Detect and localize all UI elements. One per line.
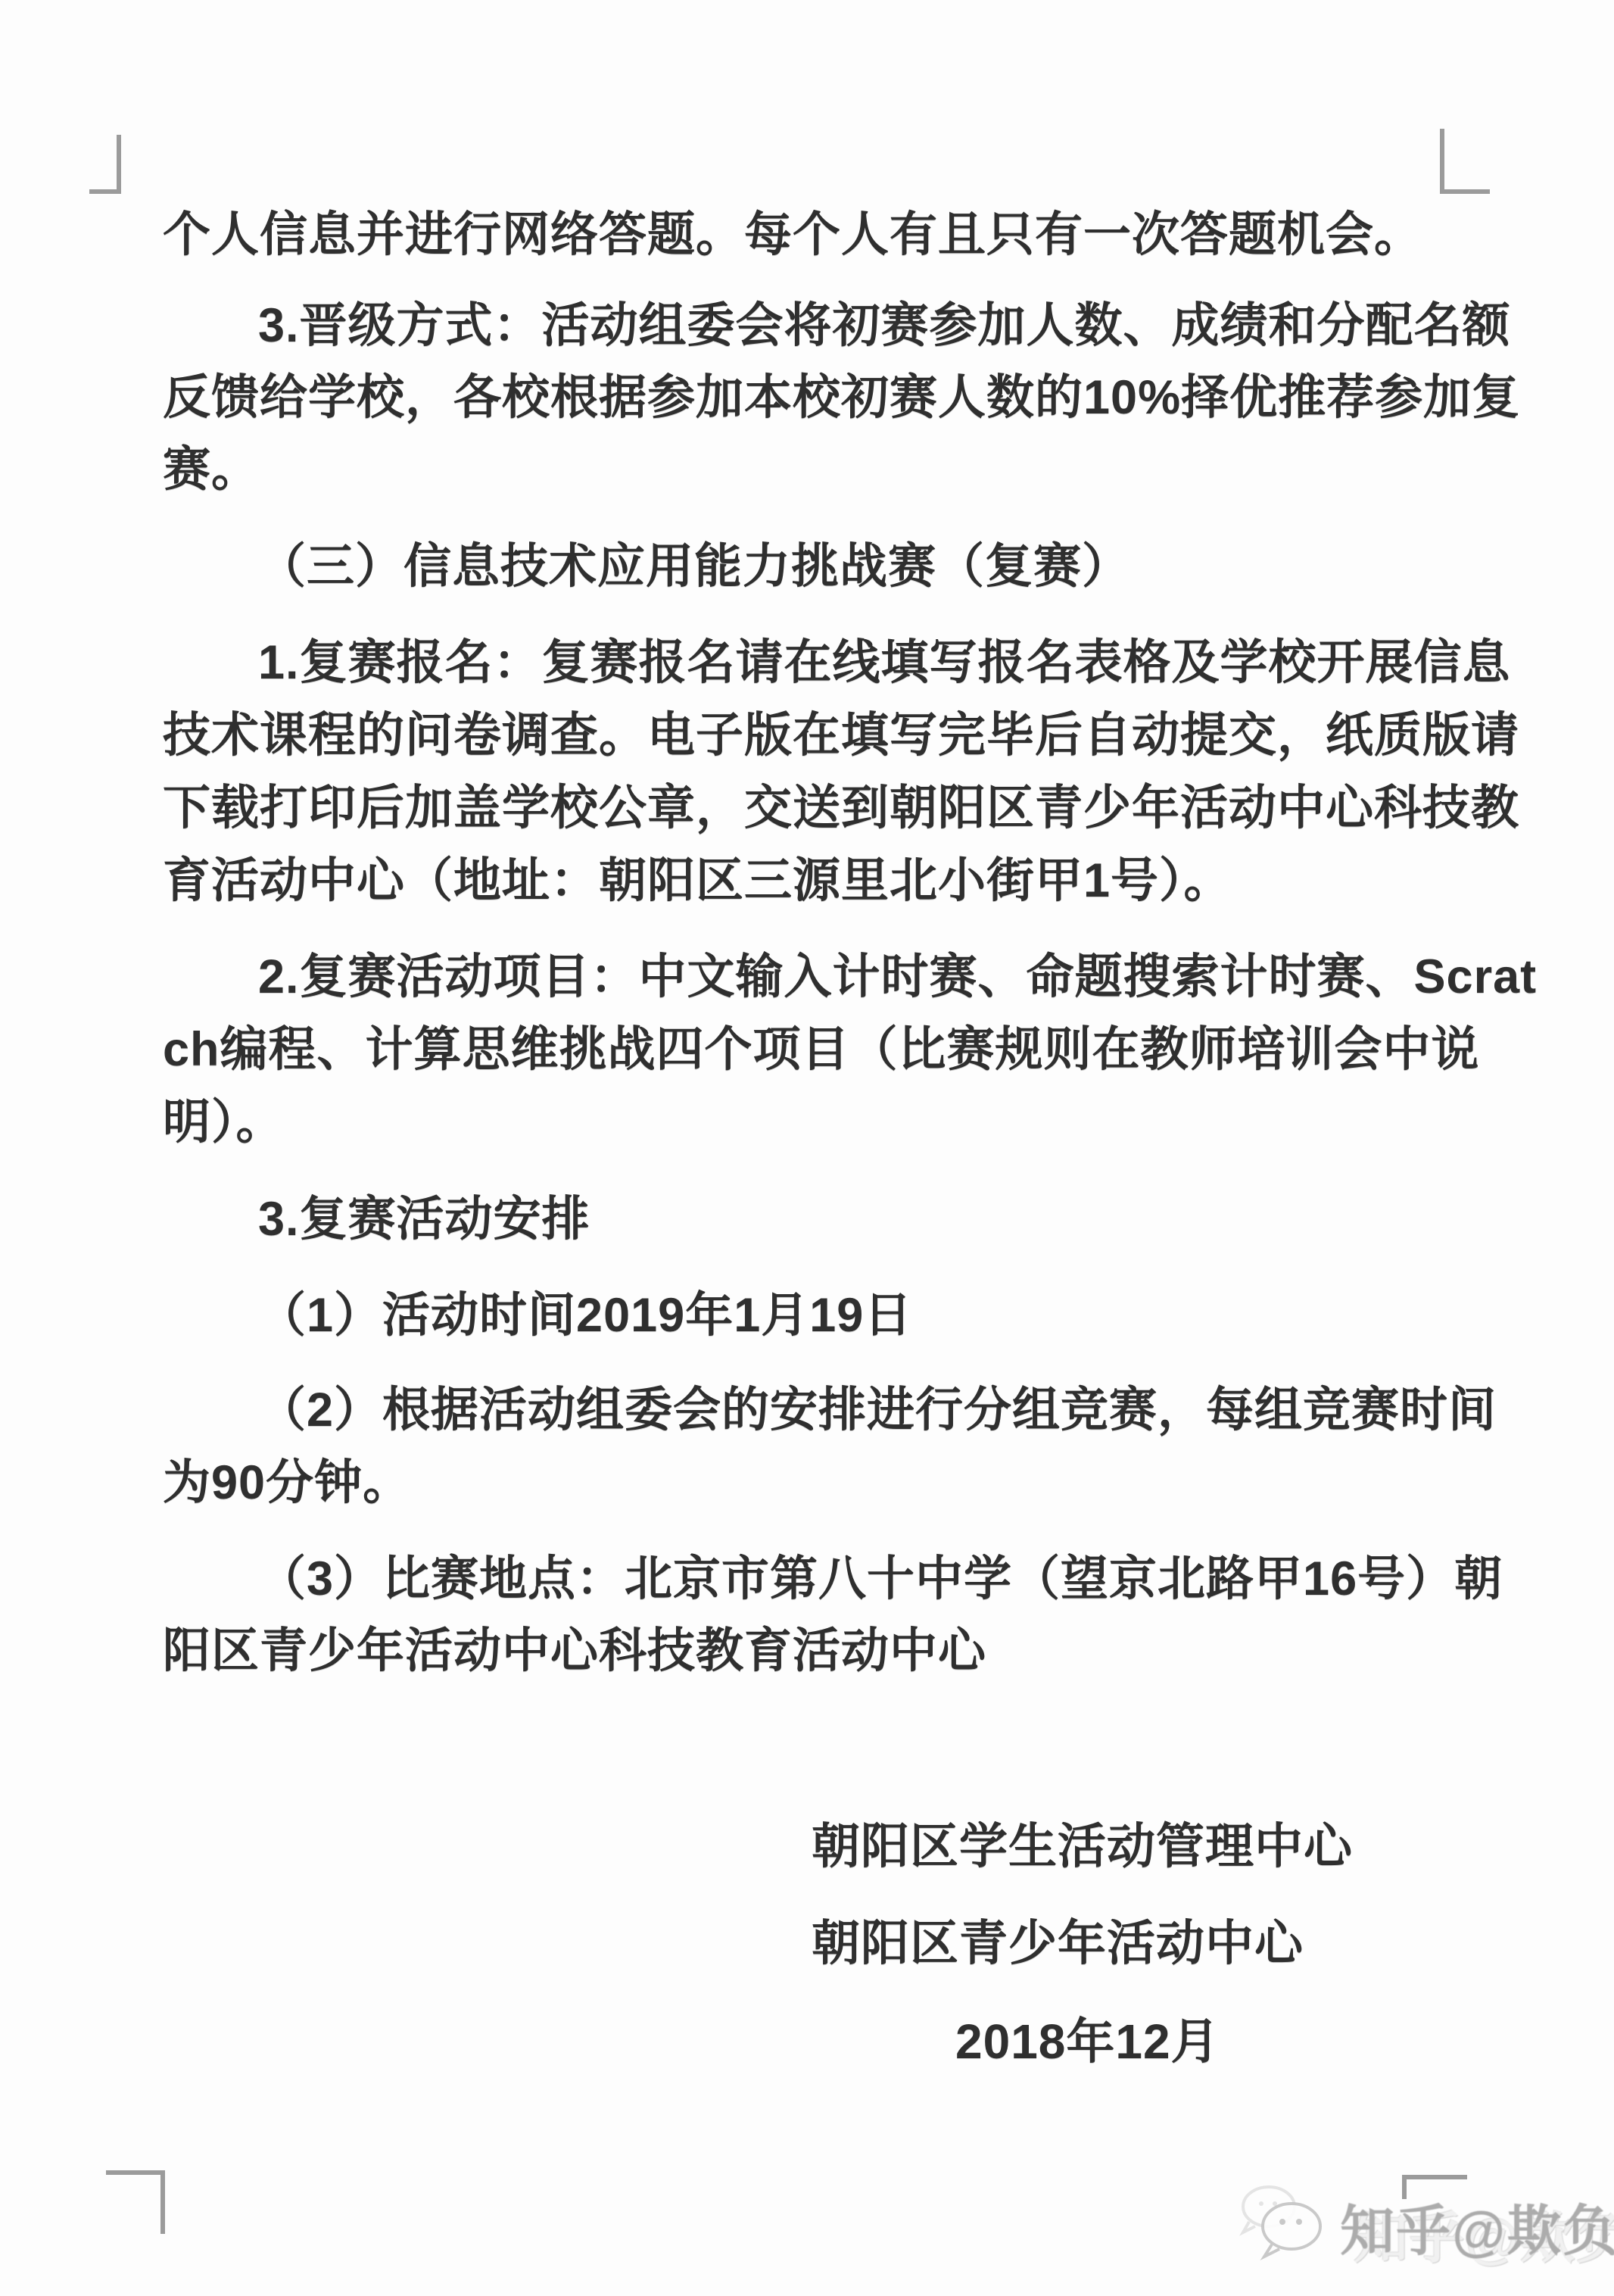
text-line: 3.复赛活动安排 xyxy=(258,1183,590,1256)
text-line: 2.复赛活动项目：中文输入计时赛、命题搜索计时赛、Scrat xyxy=(258,941,1537,1013)
date-line: 2018年12月 xyxy=(955,2004,1220,2079)
text-line: ch编程、计算思维挑战四个项目（比赛规则在教师培训会中说 xyxy=(163,1013,1480,1086)
text-line: 阳区青少年活动中心科技教育活动中心 xyxy=(163,1614,986,1687)
signature-line: 朝阳区学生活动管理中心 xyxy=(812,1808,1353,1884)
text-line: 为90分钟。 xyxy=(163,1446,411,1519)
signature-line: 朝阳区青少年活动中心 xyxy=(812,1905,1304,1981)
text-line: 赛。 xyxy=(163,433,260,506)
zhihu-watermark: 知乎@欺负 知乎@欺负 xyxy=(1232,2179,1596,2278)
scanned-document-page: 个人信息并进行网络答题。每个人有且只有一次答题机会。 3.晋级方式：活动组委会将… xyxy=(0,0,1614,2296)
text-line: 3.晋级方式：活动组委会将初赛参加人数、成绩和分配名额 xyxy=(258,289,1511,362)
watermark-text: 知乎@欺负 xyxy=(1340,2187,1614,2266)
text-line: 明）。 xyxy=(163,1086,285,1159)
text-line: 个人信息并进行网络答题。每个人有且只有一次答题机会。 xyxy=(163,198,1422,271)
text-line: 育活动中心（地址：朝阳区三源里北小街甲1号）。 xyxy=(163,844,1232,917)
zhihu-speech-bubble-logo xyxy=(1232,2182,1338,2261)
text-line: 下载打印后加盖学校公章，交送到朝阳区青少年活动中心科技教 xyxy=(163,772,1519,844)
text-line: 技术课程的问卷调查。电子版在填写完毕后自动提交，纸质版请 xyxy=(163,699,1519,772)
text-line: （2）根据活动组委会的安排进行分组竞赛，每组竞赛时间 xyxy=(258,1374,1497,1446)
section-heading: （三）信息技术应用能力挑战赛（复赛） xyxy=(258,530,1130,603)
text-line: 反馈给学校，各校根据参加本校初赛人数的10%择优推荐参加复 xyxy=(163,361,1520,434)
text-line: （1）活动时间2019年1月19日 xyxy=(258,1279,912,1352)
text-line: 1.复赛报名：复赛报名请在线填写报名表格及学校开展信息 xyxy=(258,626,1511,699)
text-line: （3）比赛地点：北京市第八十中学（望京北路甲16号）朝 xyxy=(258,1543,1503,1615)
